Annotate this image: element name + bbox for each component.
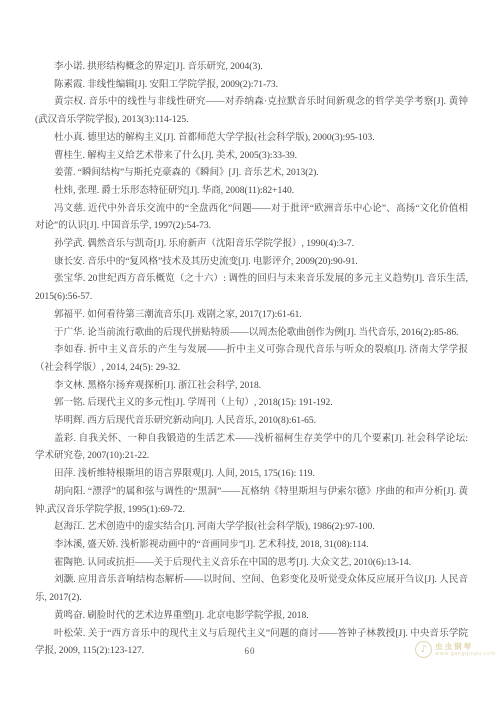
reference-item: 于广华. 论当前流行歌曲的后现代拼贴特质——以周杰伦歌曲创作为例[J]. 当代音… bbox=[35, 325, 468, 343]
reference-item: 李如春. 折中主义音乐的产生与发展——折中主义可弥合现代音乐与听众的裂痕[J].… bbox=[35, 342, 468, 377]
reference-item: 姜蕾. “瞬间结构”与斯托克豪森的《瞬间》[J]. 音乐艺术, 2013(2). bbox=[35, 165, 468, 183]
reference-item: 杜小真. 德里达的解构主义[J]. 首都师范大学学报(社会科学版), 2000(… bbox=[35, 130, 468, 148]
reference-item: 郭福平. 如何看待第三潮流音乐[J]. 戏剧之家, 2017(17):61-61… bbox=[35, 307, 468, 325]
reference-item: 盖彩. 自我关怀、一种自我锻造的生活艺术——浅析福柯生存美学中的几个要素[J].… bbox=[35, 431, 468, 466]
reference-item: 冯文慈. 近代中外音乐交流中的“全盘西化”问题——对于批评“欧洲音乐中心论”、高… bbox=[35, 201, 468, 236]
reference-item: 曹桂生. 解构主义给艺术带来了什么[J]. 美术, 2005(3):33-39. bbox=[35, 148, 468, 166]
reference-list: 李小诺. 拱形结构概念的界定[J]. 音乐研究, 2004(3).陈素霞. 非线… bbox=[35, 59, 468, 661]
reference-item: 黄鸣奋. 刷脸时代的艺术边界重塑[J]. 北京电影学院学报, 2018. bbox=[35, 608, 468, 626]
watermark: ♪ 虫虫钢琴 www.gangqinpu.com bbox=[415, 641, 496, 658]
reference-item: 李沐溪, 盛天娇. 浅析影视动画中的“音画同步”[J]. 艺术科技, 2018,… bbox=[35, 537, 468, 555]
reference-item: 毕明辉. 西方后现代音乐研究新动向[J]. 人民音乐, 2010(8):61-6… bbox=[35, 413, 468, 431]
reference-item: 田萍. 浅析维特根斯坦的语言界限观[J]. 人间, 2015, 175(16):… bbox=[35, 466, 468, 484]
reference-item: 李小诺. 拱形结构概念的界定[J]. 音乐研究, 2004(3). bbox=[35, 59, 468, 77]
reference-item: 胡向阳. “漂浮”的属和弦与调性的“黑洞”——瓦格纳《特里斯坦与伊索尔德》序曲的… bbox=[35, 484, 468, 519]
reference-item: 张宝华. 20世纪西方音乐概览（之十六）: 调性的回归与未来音乐发展的多元主义趋… bbox=[35, 271, 468, 306]
reference-item: 李文林. 黑格尔扬弃观探析[J]. 浙江社会科学, 2018. bbox=[35, 378, 468, 396]
reference-item: 赵海江. 艺术创造中的虚实结合[J]. 河南大学学报(社会科学版), 1986(… bbox=[35, 519, 468, 537]
reference-item: 康长安. 音乐中的“复风格”技术及其历史流变[J]. 电影评介, 2009(20… bbox=[35, 254, 468, 272]
reference-item: 霍陶艳. 认同或抗拒——关于后现代主义音乐在中国的思考[J]. 大众文艺, 20… bbox=[35, 555, 468, 573]
reference-item: 陈素霞. 非线性编辑[J]. 安阳工学院学报, 2009(2):71-73. bbox=[35, 77, 468, 95]
reference-item: 黄宗权. 音乐中的线性与非线性研究——对乔纳森·克拉默音乐时间新观念的哲学美学考… bbox=[35, 94, 468, 129]
reference-item: 杜炜, 张理. 爵士乐形态特征研究[J]. 华商, 2008(11):82+14… bbox=[35, 183, 468, 201]
reference-item: 郭一铭. 后现代主义的多元性[J]. 学周刊（上旬）, 2018(15): 19… bbox=[35, 395, 468, 413]
watermark-name: 虫虫钢琴 bbox=[435, 643, 496, 651]
document-page: 李小诺. 拱形结构概念的界定[J]. 音乐研究, 2004(3).陈素霞. 非线… bbox=[0, 0, 500, 707]
reference-item: 孙学武. 偶然音乐与凯奇[J]. 乐府新声（沈阳音乐学院学报）, 1990(4)… bbox=[35, 236, 468, 254]
music-note-icon: ♪ bbox=[415, 641, 432, 658]
reference-item: 刘灏. 应用音乐音响结构态解析——以时间、空间、色彩变化及听觉受众体反应展开刍议… bbox=[35, 572, 468, 607]
watermark-text: 虫虫钢琴 www.gangqinpu.com bbox=[435, 643, 496, 657]
watermark-url: www.gangqinpu.com bbox=[435, 652, 496, 657]
